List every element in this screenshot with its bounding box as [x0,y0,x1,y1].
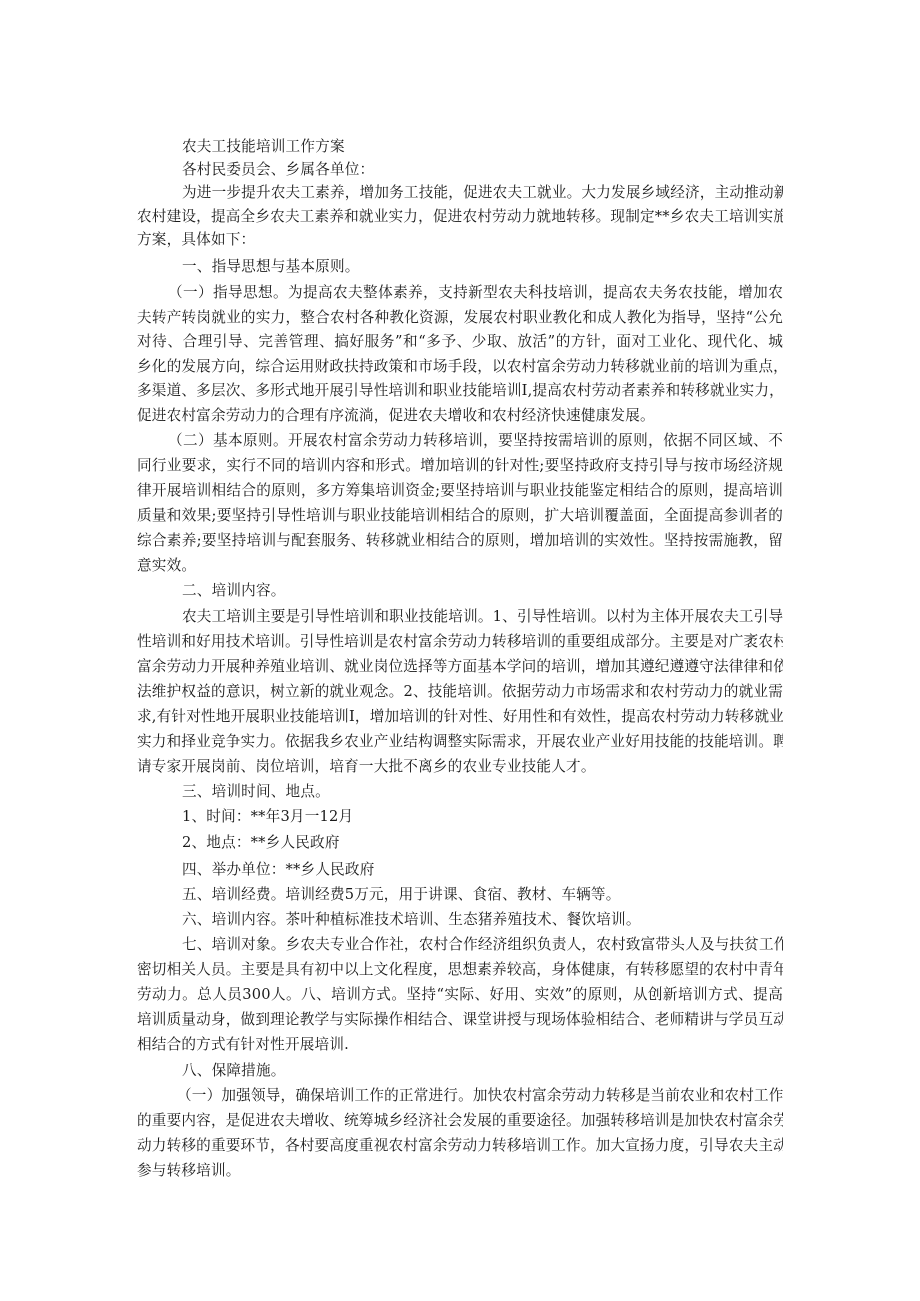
paragraph-line: 法维护权益的意识，树立新的就业观念。2、技能培训。依据劳动力市场需求和农村劳动力… [137,681,783,703]
paragraph-line: 意实效。 [137,555,783,577]
paragraph-line: 促进农村富余劳动力的合理有序流淌，促进农夫增收和农村经济快速健康发展。 [137,405,783,427]
section-heading-8: 八、保障措施。 [182,1060,783,1082]
paragraph-line: 实力和择业竞争实力。依据我乡农业产业结构调整实际需求，开展农业产业好用技能的技能… [137,731,783,753]
section-heading-5: 五、培训经费。培训经费5万元，用于讲课、食宿、教材、车辆等。 [182,884,783,906]
paragraph-line: （一）加强领导，确保培训工作的正常进行。加快农村富余劳动力转移是当前农业和农村工… [177,1085,783,1107]
paragraph-line: 综合素养;要坚持培训与配套服务、转移就业相结合的原则，增加培训的实效性。坚持按需… [137,530,783,552]
paragraph-line: 乡化的发展方向，综合运用财政扶持政策和市场手段，以农村富余劳动力转移就业前的培训… [137,356,783,378]
section-heading-1: 一、指导思想与基本原则。 [182,256,783,278]
paragraph-line: 农夫工培训主要是引导性培训和职业技能培训。1、引导性培训。以村为主体开展农夫工引… [182,606,783,628]
paragraph-line: 同行业要求，实行不同的培训内容和形式。增加培训的针对性;要坚持政府支持引导与按市… [137,455,783,477]
paragraph-line: （二）基本原则。开展农村富余劳动力转移培训，要坚持按需培训的原则，依据不同区域、… [168,430,783,452]
paragraph-line: 七、培训对象。乡农夫专业合作社，农村合作经济组织负责人，农村致富带头人及与扶贫工… [182,934,783,956]
paragraph-line: 富余劳动力开展种养殖业培训、就业岗位选择等方面基本学问的培训，增加其遵纪遵遵守法… [137,656,783,678]
schedule-time: 1、时间：**年3月一12月 [182,806,783,828]
intro-line: 农村建设，提高全乡农夫工素养和就业实力，促进农村劳动力就地转移。现制定**乡农夫… [137,206,783,228]
paragraph-line: 求,有针对性地开展职业技能培训I，增加培训的针对性、好用性和有效性，提高农村劳动… [137,706,783,728]
paragraph-line: 劳动力。总人员300人。八、培训方式。坚持“实际、好用、实效”的原则，从创新培训… [137,984,783,1006]
paragraph-line: （一）指导思想。为提高农夫整体素养，支持新型农夫科技培训，提高农夫务农技能，增加… [168,282,783,304]
section-heading-2: 二、培训内容。 [182,580,783,602]
schedule-location: 2、地点：**乡人民政府 [182,832,783,854]
paragraph-line: 请专家开展岗前、岗位培训，培育一大批不离乡的农业专业技能人才。 [137,756,783,778]
paragraph-line: 多渠道、多层次、多形式地开展引导性培训和职业技能培训I,提高农村劳动者素养和转移… [137,380,783,402]
intro-line: 为进一步提升农夫工素养，增加务工技能，促进农夫工就业。大力发展乡域经济，主动推动… [182,182,783,204]
paragraph-line: 相结合的方式有针对性开展培训. [137,1034,783,1056]
salutation: 各村民委员会、乡属各单位： [182,159,783,181]
paragraph-line: 密切相关人员。主要是具有初中以上文化程度，思想素养较高，身体健康，有转移愿望的农… [137,959,783,981]
section-heading-6: 六、培训内容。茶叶种植标准技术培训、生态猪养殖技术、餐饮培训。 [182,909,783,931]
paragraph-line: 参与转移培训。 [137,1160,783,1182]
section-heading-3: 三、培训时间、地点。 [182,781,783,803]
section-heading-4: 四、举办单位：**乡人民政府 [182,859,783,881]
paragraph-line: 对待、合理引导、完善管理、搞好服务”和“多予、少取、放活”的方针，面对工业化、现… [137,331,783,353]
document-page: 农夫工技能培训工作方案 各村民委员会、乡属各单位： 为进一步提升农夫工素养，增加… [0,0,920,1301]
document-title: 农夫工技能培训工作方案 [182,136,783,158]
paragraph-line: 的重要内容，是促进农夫增收、统筹城乡经济社会发展的重要途径。加强转移培训是加快农… [137,1110,783,1132]
paragraph-line: 质量和效果;要坚持引导性培训与职业技能培训相结合的原则，扩大培训覆盖面，全面提高… [137,505,783,527]
paragraph-line: 夫转产转岗就业的实力，整合农村各种教化资源，发展农村职业教化和成人教化为指导，坚… [137,307,783,329]
intro-line: 方案，具体如下： [137,229,783,251]
paragraph-line: 培训质量动身，做到理论教学与实际操作相结合、课堂讲授与现场体验相结合、老师精讲与… [137,1009,783,1031]
paragraph-line: 性培训和好用技术培训。引导性培训是农村富余劳动力转移培训的重要组成部分。主要是对… [137,631,783,653]
paragraph-line: 律开展培训相结合的原则，多方筹集培训资金;要坚持培训与职业技能鉴定相结合的原则，… [137,480,783,502]
paragraph-line: 动力转移的重要环节，各村要高度重视农村富余劳动力转移培训工作。加大宣扬力度，引导… [137,1135,783,1157]
